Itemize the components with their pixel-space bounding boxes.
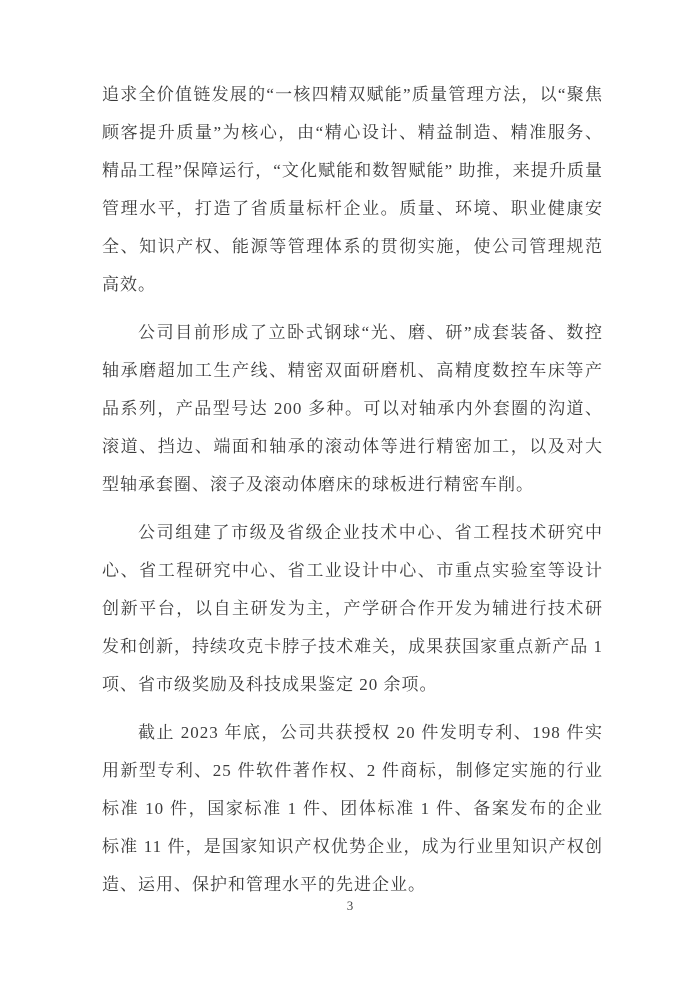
paragraph-patents: 截止 2023 年底，公司共获授权 20 件发明专利、198 件实用新型专利、2… [102,714,603,904]
document-page: 追求全价值链发展的“一核四精双赋能”质量管理方法，以“聚焦顾客提升质量”为核心，… [0,0,700,990]
page-number: 3 [347,898,354,913]
paragraph-innovation-platforms: 公司组建了市级及省级企业技术中心、省工程技术研究中心、省工程研究中心、省工业设计… [102,514,603,704]
paragraph-products: 公司目前形成了立卧式钢球“光、磨、研”成套装备、数控轴承磨超加工生产线、精密双面… [102,314,603,504]
page-footer: 3 [0,896,700,916]
paragraph-continuation: 追求全价值链发展的“一核四精双赋能”质量管理方法，以“聚焦顾客提升质量”为核心，… [102,76,603,304]
document-body: 追求全价值链发展的“一核四精双赋能”质量管理方法，以“聚焦顾客提升质量”为核心，… [102,76,603,914]
